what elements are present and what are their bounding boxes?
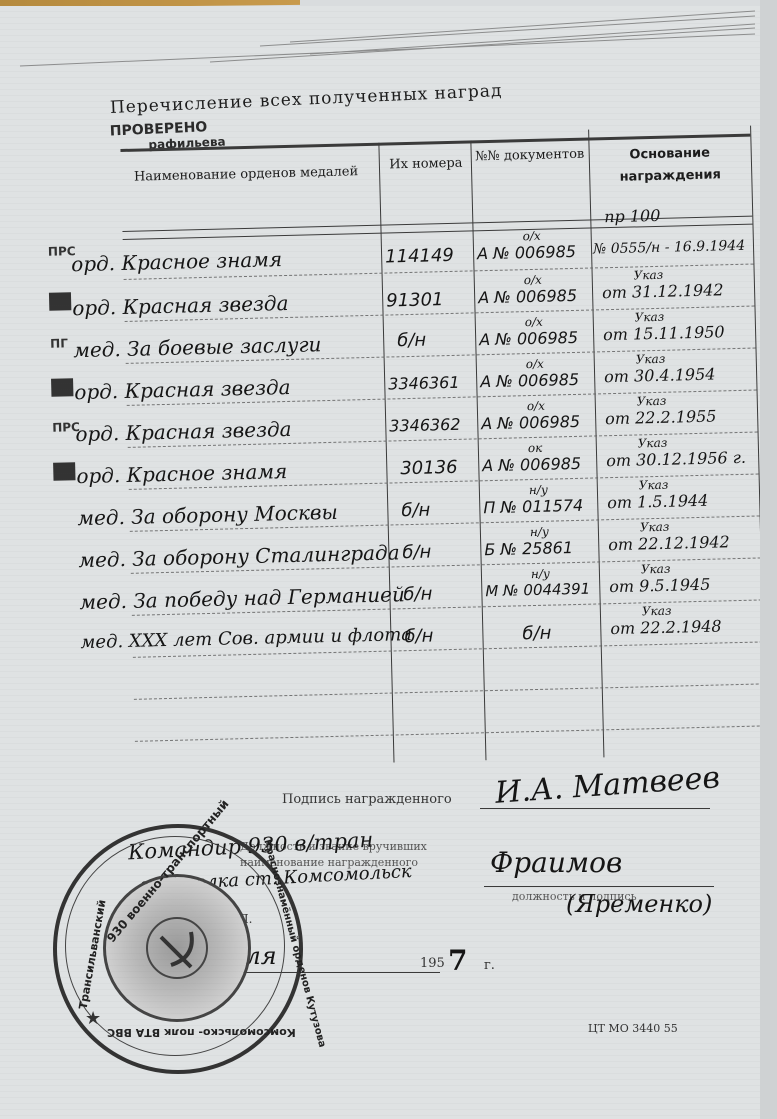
doc-note: о/х	[524, 273, 542, 287]
award-basis: от 22.2.1955	[605, 407, 717, 429]
award-name: орд. Красная звезда	[72, 291, 289, 320]
award-list-document: Перечисление всех полученных наград ПРОВ…	[0, 6, 762, 1119]
doc-note: н/у	[529, 483, 548, 497]
document-number: А № 006985	[482, 454, 581, 475]
title-text: Перечисление всех полученных наград	[110, 81, 503, 118]
document-number: А № 006985	[481, 412, 580, 433]
basis-note: Указ	[634, 268, 664, 283]
document-number: П № 011574	[483, 496, 583, 517]
row-marker-block	[51, 378, 73, 397]
commander-name: (Яременко)	[566, 890, 712, 918]
award-basis: от 1.5.1944	[607, 491, 709, 512]
commander-signature-line	[484, 886, 714, 887]
award-number: 3346361	[388, 373, 460, 394]
row-marker-block	[49, 292, 71, 311]
award-number: 114149	[385, 245, 454, 268]
official-seal: 930 военно-транспортный Трансильванский …	[53, 824, 303, 1074]
award-name: орд. Красное знамя	[76, 459, 287, 488]
award-basis: от 22.12.1942	[608, 532, 730, 554]
basis-note: Указ	[642, 604, 672, 619]
document-number: А № 006985	[478, 286, 577, 307]
year-prefix: 195	[420, 956, 445, 971]
doc-note: н/у	[531, 567, 550, 581]
award-name: мед. За оборону Москвы	[77, 500, 338, 530]
document-number: б/н	[522, 623, 551, 645]
award-name: орд. Красное знамя	[71, 247, 282, 276]
header-numbers: Их номера	[383, 152, 470, 176]
award-number: б/н	[402, 542, 431, 564]
hammer-sickle-icon	[106, 877, 248, 1019]
basis-note: Указ	[636, 352, 666, 367]
award-number: б/н	[397, 330, 426, 352]
star-icon: ★	[85, 1008, 101, 1029]
page-edge	[760, 0, 777, 1119]
row-line	[135, 725, 765, 741]
award-name: мед. За боевые заслуги	[73, 332, 322, 362]
award-name: орд. Красная звезда	[74, 375, 291, 404]
doc-note: о/х	[523, 229, 541, 243]
year-label: г.	[484, 958, 495, 973]
document-number: А № 006985	[477, 242, 576, 263]
document-number: А № 006985	[480, 370, 579, 391]
document-title: Перечисление всех полученных наград	[110, 81, 503, 118]
form-code: ЦТ МО 3440 55	[588, 1022, 678, 1035]
award-number: 3346362	[389, 415, 461, 436]
seal-text-bottom: Комсомольско- полк ВТА ВВС	[107, 1026, 296, 1039]
basis-note: Указ	[635, 310, 665, 325]
doc-note: н/у	[530, 525, 549, 539]
award-basis: от 22.2.1948	[610, 616, 722, 638]
award-basis: от 31.12.1942	[602, 280, 724, 302]
doc-note: о/х	[526, 357, 544, 371]
header-documents: №№ документов	[474, 144, 585, 169]
basis-note: Указ	[641, 562, 671, 577]
award-basis: от 30.4.1954	[604, 365, 716, 387]
document-number: М № 0044391	[485, 580, 590, 601]
column-divider-3	[588, 130, 604, 758]
basis-note: Указ	[639, 478, 669, 493]
document-number: А № 006985	[479, 328, 578, 349]
year-suffix: 7	[448, 944, 467, 977]
award-number: б/н	[401, 500, 430, 522]
award-basis: от 30.12.1956 г.	[606, 448, 746, 470]
awards-table: Наименование орденов медалей Их номера №…	[120, 115, 770, 770]
header-award-name: Наименование орденов медалей	[121, 161, 371, 189]
recipient-signature: И.А. Матвеев	[494, 760, 721, 811]
row-line	[134, 683, 764, 699]
document-number: Б № 25861	[484, 538, 573, 559]
award-name: мед. XXX лет Сов. армии и флота	[80, 624, 412, 653]
seal-emblem	[103, 874, 251, 1022]
column-divider-2	[470, 140, 486, 760]
basis-note: Указ	[640, 520, 670, 535]
award-number: б/н	[403, 584, 432, 606]
award-basis: от 15.11.1950	[603, 322, 725, 344]
commander-signature: Фраимов	[490, 846, 622, 879]
header-bottom-border-2	[123, 224, 753, 240]
doc-note: ок	[528, 441, 543, 455]
row-marker: ПГ	[50, 336, 68, 354]
award-basis: от 9.5.1945	[609, 575, 711, 596]
basis-note: Указ	[637, 394, 667, 409]
award-number: 30136	[400, 457, 458, 479]
award-number: 91301	[386, 289, 444, 311]
doc-note: о/х	[527, 399, 545, 413]
scan-artifact-lines	[10, 6, 760, 76]
doc-note: о/х	[525, 315, 543, 329]
header-basis: Основание награждения	[592, 142, 747, 190]
row-marker-block	[53, 462, 75, 481]
award-basis: № 0555/н - 16.9.1944	[593, 238, 746, 258]
basis-note: Указ	[638, 436, 668, 451]
basis-top-note: пр 100	[604, 206, 661, 226]
column-divider-1	[378, 143, 394, 763]
recipient-signature-label: Подпись награжденного	[282, 792, 452, 807]
award-number: б/н	[404, 625, 433, 647]
award-name: орд. Красная звезда	[75, 417, 292, 446]
